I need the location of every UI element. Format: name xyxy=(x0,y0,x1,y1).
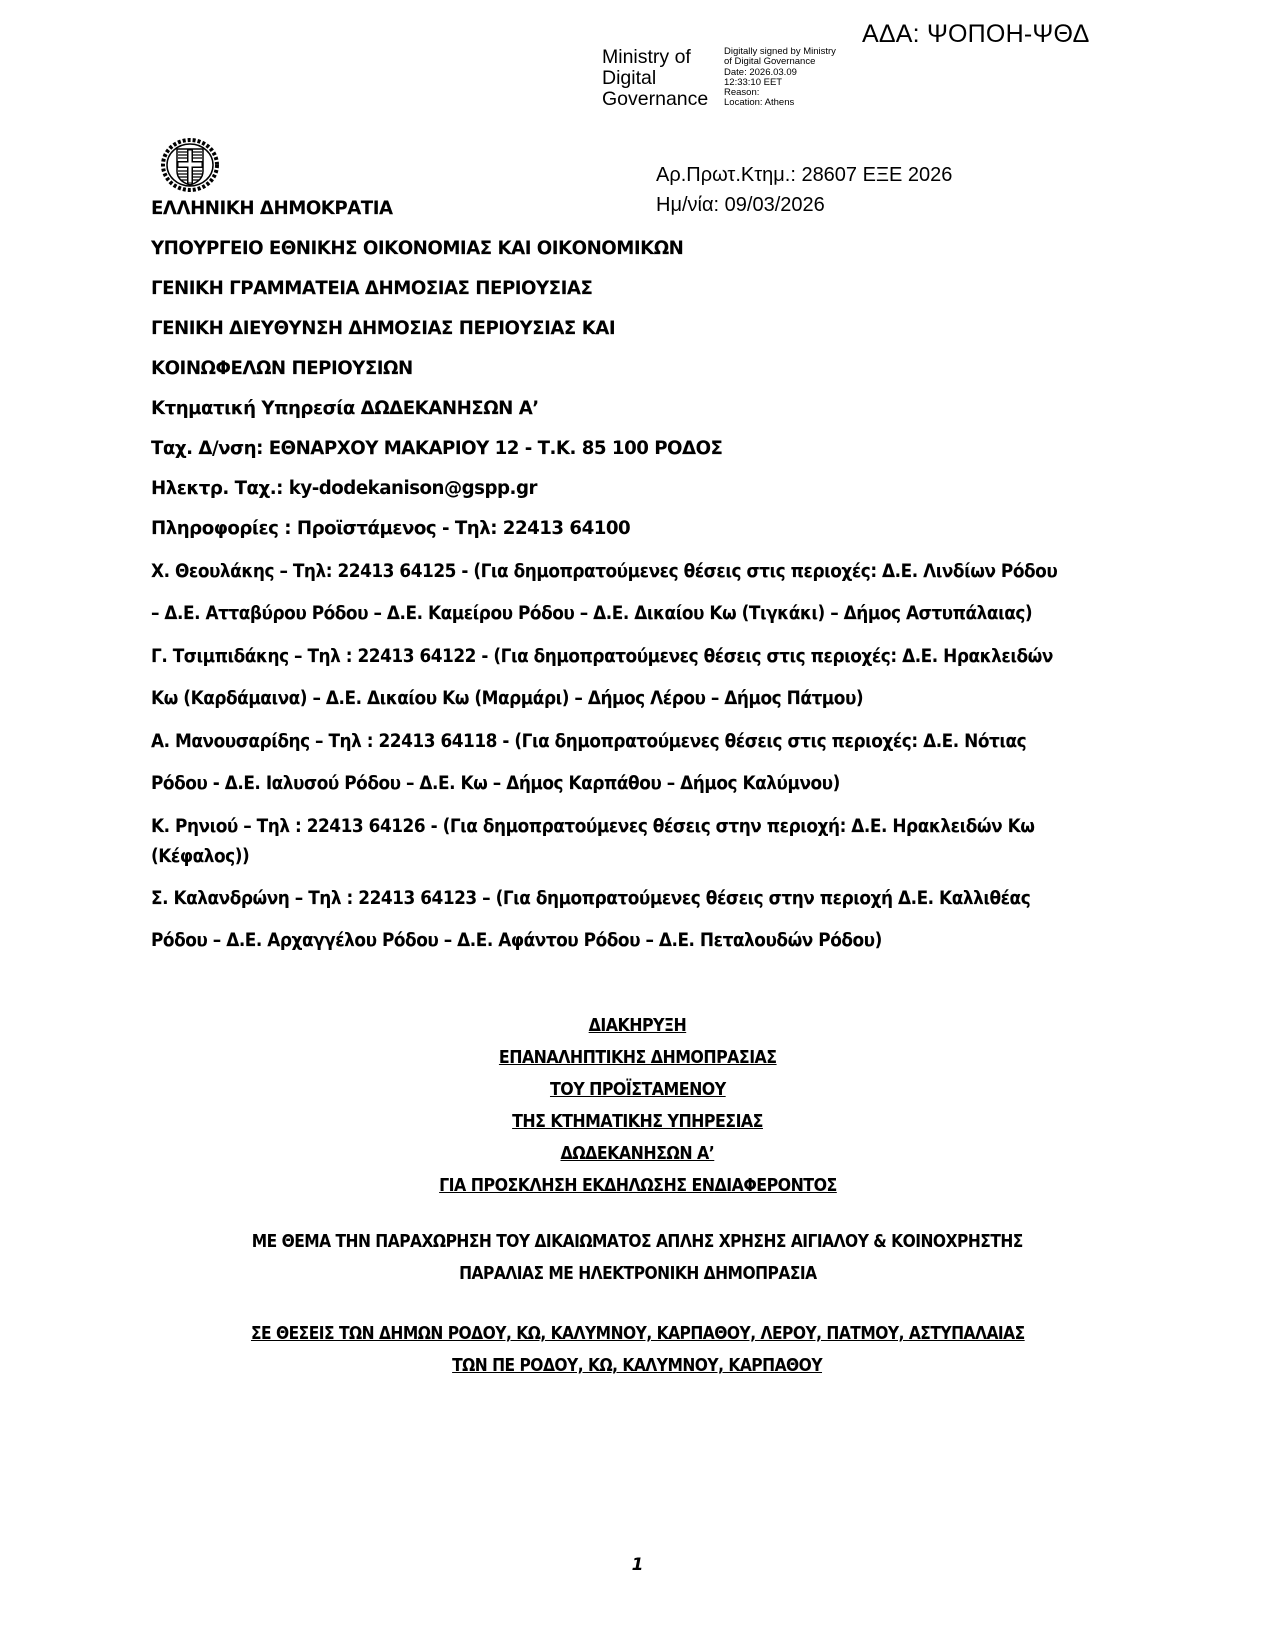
signature-details: Digitally signed by Ministry of Digital … xyxy=(724,47,836,109)
declaration-title: ΔΙΑΚΗΡΥΞΗ ΕΠΑΝΑΛΗΠΤΙΚΗΣ ΔΗΜΟΠΡΑΣΙΑΣ ΤΟΥ … xyxy=(0,1010,1275,1202)
contact-line: Σ. Καλανδρώνη – Τηλ : 22413 64123 – (Για… xyxy=(151,888,1030,909)
signature-signer: Ministry of Digital Governance xyxy=(602,47,708,110)
postal-address: Ταχ. Δ/νση: ΕΘΝΑΡΧΟΥ ΜΑΚΑΡΙΟΥ 12 - Τ.Κ. … xyxy=(151,438,722,459)
title-line: ΔΩΔΕΚΑΝΗΣΩΝ Α’ xyxy=(0,1138,1275,1170)
header-line: ΕΛΛΗΝΙΚΗ ΔΗΜΟΚΡΑΤΙΑ xyxy=(151,198,393,219)
contact-line: Ρόδου - Δ.Ε. Ιαλυσού Ρόδου – Δ.Ε. Κω – Δ… xyxy=(151,773,840,794)
header-line: ΓΕΝΙΚΗ ΔΙΕΥΘΥΝΣΗ ΔΗΜΟΣΙΑΣ ΠΕΡΙΟΥΣΙΑΣ ΚΑΙ xyxy=(151,318,615,339)
signer-line: Governance xyxy=(602,89,708,110)
subject-block: ΜΕ ΘΕΜΑ ΤΗΝ ΠΑΡΑΧΩΡΗΣΗ ΤΟΥ ΔΙΚΑΙΩΜΑΤΟΣ Α… xyxy=(0,1226,1275,1290)
contact-line: Κω (Καρδάμαινα) – Δ.Ε. Δικαίου Κω (Μαρμά… xyxy=(151,688,863,709)
info-phone: Πληροφορίες : Προϊστάμενος - Τηλ: 22413 … xyxy=(151,518,630,539)
contact-line: Α. Μανουσαρίδης – Τηλ : 22413 64118 - (Γ… xyxy=(151,731,1026,752)
page-number: 1 xyxy=(0,1555,1275,1575)
title-line: ΤΗΣ ΚΤΗΜΑΤΙΚΗΣ ΥΠΗΡΕΣΙΑΣ xyxy=(0,1106,1275,1138)
protocol-number: Αρ.Πρωτ.Κτημ.: 28607 ΕΞΕ 2026 xyxy=(656,160,952,190)
ada-code: ΑΔΑ: ΨΟΠΟΗ-ΨΘΔ xyxy=(862,20,1090,49)
locations-line: ΤΩΝ ΠΕ ΡΟΔΟΥ, ΚΩ, ΚΑΛΥΜΝΟΥ, ΚΑΡΠΑΘΟΥ xyxy=(0,1350,1275,1382)
signer-line: Digital xyxy=(602,68,708,89)
subject-line: ΜΕ ΘΕΜΑ ΤΗΝ ΠΑΡΑΧΩΡΗΣΗ ΤΟΥ ΔΙΚΑΙΩΜΑΤΟΣ Α… xyxy=(0,1226,1275,1258)
greek-coat-of-arms-icon xyxy=(160,137,220,193)
title-line: ΔΙΑΚΗΡΥΞΗ xyxy=(0,1010,1275,1042)
contact-line: Ρόδου – Δ.Ε. Αρχαγγέλου Ρόδου – Δ.Ε. Αφά… xyxy=(151,930,882,951)
contact-line: Κ. Ρηνιού – Τηλ : 22413 64126 - (Για δημ… xyxy=(151,816,1034,837)
contact-line: – Δ.Ε. Ατταβύρου Ρόδου – Δ.Ε. Καμείρου Ρ… xyxy=(151,603,1032,624)
reference-block: Αρ.Πρωτ.Κτημ.: 28607 ΕΞΕ 2026 Ημ/νία: 09… xyxy=(656,160,952,220)
signer-line: Ministry of xyxy=(602,47,708,68)
title-line: ΓΙΑ ΠΡΟΣΚΛΗΣΗ ΕΚΔΗΛΩΣΗΣ ΕΝΔΙΑΦΕΡΟΝΤΟΣ xyxy=(0,1170,1275,1202)
locations-block: ΣΕ ΘΕΣΕΙΣ ΤΩΝ ΔΗΜΩΝ ΡΟΔΟΥ, ΚΩ, ΚΑΛΥΜΝΟΥ,… xyxy=(0,1318,1275,1382)
contact-line: Γ. Τσιμπιδάκης – Τηλ : 22413 64122 - (Γι… xyxy=(151,646,1053,667)
header-line: ΚΟΙΝΩΦΕΛΩΝ ΠΕΡΙΟΥΣΙΩΝ xyxy=(151,358,413,379)
title-line: ΕΠΑΝΑΛΗΠΤΙΚΗΣ ΔΗΜΟΠΡΑΣΙΑΣ xyxy=(0,1042,1275,1074)
locations-line: ΣΕ ΘΕΣΕΙΣ ΤΩΝ ΔΗΜΩΝ ΡΟΔΟΥ, ΚΩ, ΚΑΛΥΜΝΟΥ,… xyxy=(0,1318,1275,1350)
header-line: ΥΠΟΥΡΓΕΙΟ ΕΘΝΙΚΗΣ ΟΙΚΟΝΟΜΙΑΣ ΚΑΙ ΟΙΚΟΝΟΜ… xyxy=(151,238,683,259)
email-address: Ηλεκτρ. Ταχ.: ky-dodekanison@gspp.gr xyxy=(151,478,537,499)
document-date: Ημ/νία: 09/03/2026 xyxy=(656,190,952,220)
contact-line: (Κέφαλος)) xyxy=(151,846,249,867)
signature-detail-line: Location: Athens xyxy=(724,98,836,108)
header-line: ΓΕΝΙΚΗ ΓΡΑΜΜΑΤΕΙΑ ΔΗΜΟΣΙΑΣ ΠΕΡΙΟΥΣΙΑΣ xyxy=(151,278,592,299)
contact-line: Χ. Θεουλάκης – Τηλ: 22413 64125 - (Για δ… xyxy=(151,561,1057,582)
subject-line: ΠΑΡΑΛΙΑΣ ΜΕ ΗΛΕΚΤΡΟΝΙΚΗ ΔΗΜΟΠΡΑΣΙΑ xyxy=(0,1258,1275,1290)
title-line: ΤΟΥ ΠΡΟΪΣΤΑΜΕΝΟΥ xyxy=(0,1074,1275,1106)
office-name: Κτηματική Υπηρεσία ΔΩΔΕΚΑΝΗΣΩΝ Α’ xyxy=(151,398,539,419)
